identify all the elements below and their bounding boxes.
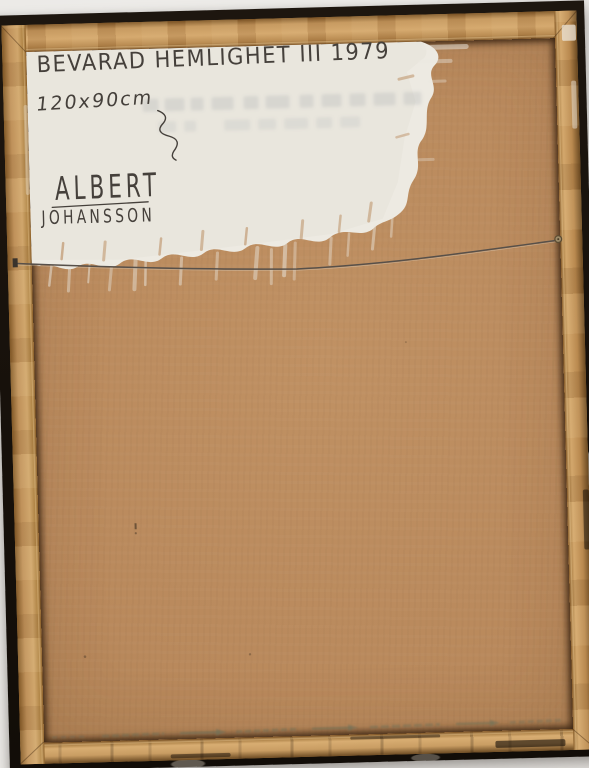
artist-signature-line2: JOHANSSON: [41, 206, 155, 230]
white-paint-area: [26, 40, 472, 291]
artist-signature-line1: ALBERT: [54, 167, 161, 209]
backing-board: BEVARAD HEMLIGHET III 1979 120x90cm ALBE…: [26, 38, 573, 743]
frame-outer-black-edge: BEVARAD HEMLIGHET III 1979 120x90cm ALBE…: [0, 0, 589, 768]
board-artwork-layer: [26, 38, 573, 743]
paint-chip: [583, 489, 589, 549]
paint-chip: [562, 25, 576, 41]
photo-backdrop: BEVARAD HEMLIGHET III 1979 120x90cm ALBE…: [0, 0, 589, 768]
wooden-stretcher-frame: BEVARAD HEMLIGHET III 1979 120x90cm ALBE…: [1, 11, 589, 765]
board-specks: [76, 341, 415, 660]
